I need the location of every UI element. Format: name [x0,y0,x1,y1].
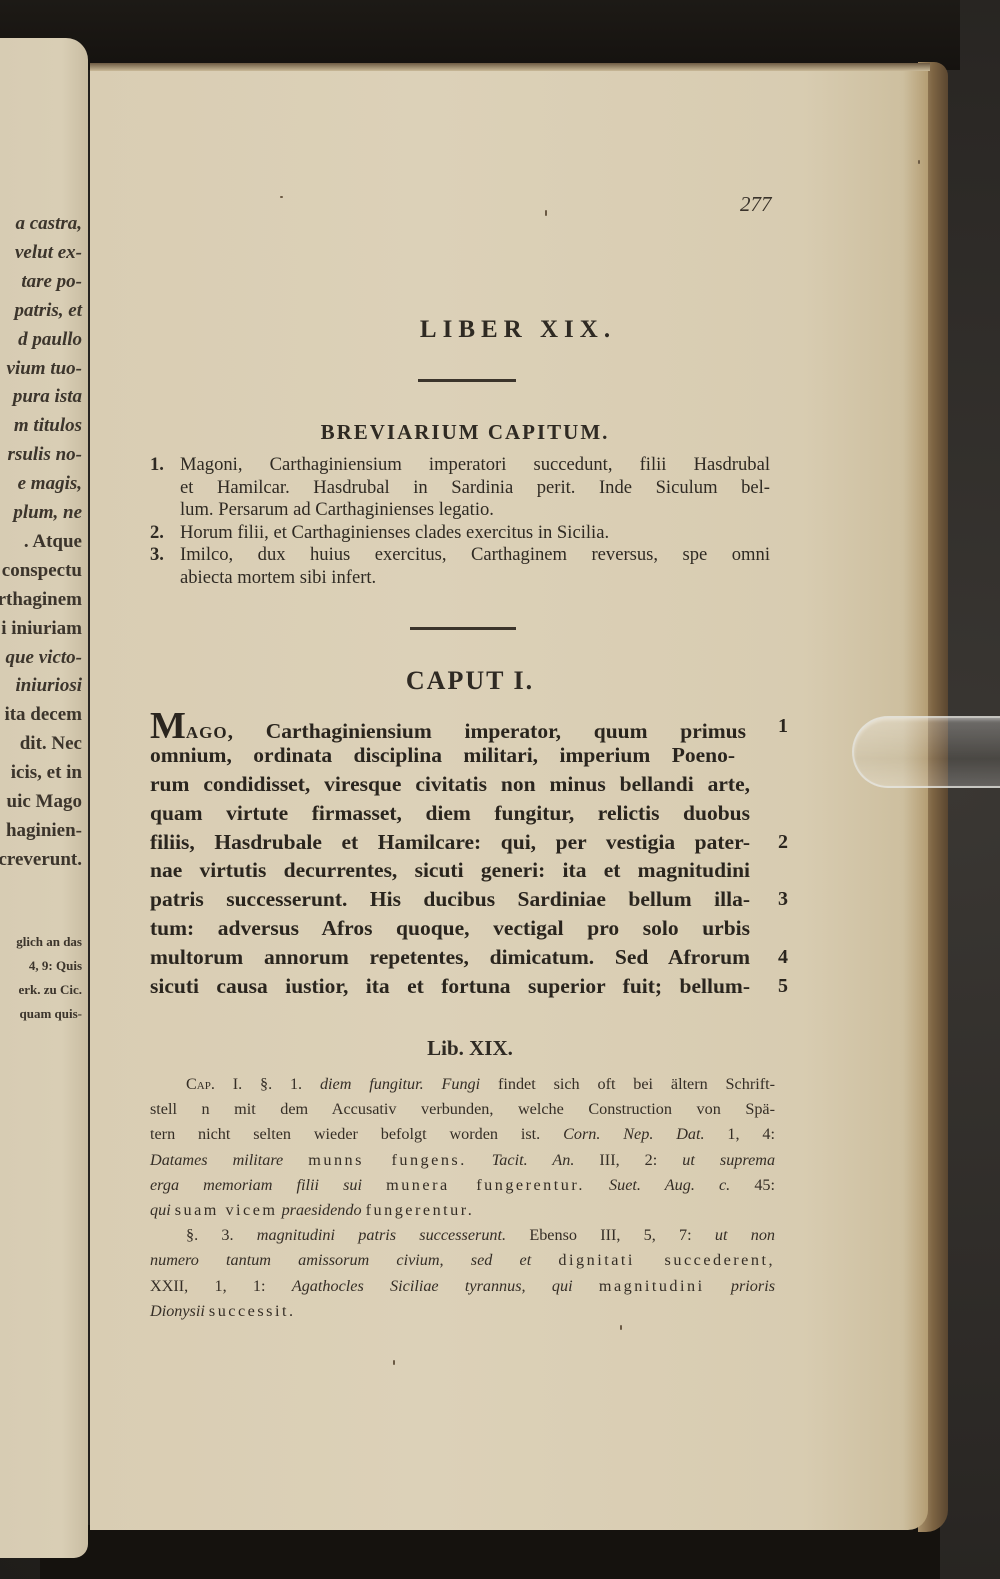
body-line: omnium, ordinata disciplina militari, im… [150,741,735,770]
note-text: III, 2: [599,1151,657,1169]
left-page-note-line: erk. zu Cic. [18,982,82,998]
breviarium-line: lum. Persarum ad Carthaginienses legatio… [180,499,770,522]
note-quote: numero tantum amissorum civium, sed et [150,1251,531,1269]
note-quote: ut non [715,1226,775,1244]
note-citation: Tacit. An. [492,1151,575,1169]
note-spaced: suam vicem [175,1201,278,1219]
body-line-text: sicuti causa iustior, ita et fortuna sup… [150,974,750,998]
breviarium-line: Magoni, Carthaginiensium imperatori succ… [180,454,770,477]
margin-section-number: 5 [778,972,788,1001]
margin-section-number: 2 [778,828,788,857]
body-line: patris successerunt. His ducibus Sardini… [150,885,750,914]
left-page-line: creverunt. [0,849,82,871]
body-line: nae virtutis decurrentes, sicuti generi:… [150,856,750,885]
paper-speck [918,160,920,164]
book-shadow-top [0,0,960,70]
note-spaced: munns fungens. [308,1151,467,1169]
note-text: 45: [754,1176,775,1194]
note-spaced: successit. [209,1302,296,1320]
margin-section-number: 4 [778,943,788,972]
left-page-note-line: glich an das [16,934,82,950]
paper-speck [393,1360,395,1365]
note-quote: Agathocles Siciliae tyrannus, qui [292,1277,573,1295]
left-page-line: . Atque [24,531,82,553]
note-quote: praesidendo [282,1201,362,1219]
title-rule [418,379,516,382]
note-spaced: dignitati succederent, [558,1251,775,1269]
page-clip-bookmark [852,716,1000,788]
note-line: stell n mit dem Accusativ verbunden, wel… [150,1097,775,1122]
left-page-line: conspectu [2,560,82,582]
note-text: Ebenso III, 5, 7: [529,1226,691,1244]
left-page-line: iniuriosi [15,675,82,697]
left-page-line: velut ex- [15,242,82,264]
note-citation: Corn. Nep. Dat. [563,1125,705,1143]
body-line: sicuti causa iustior, ita et fortuna sup… [150,972,750,1001]
item-number: 1. [150,454,164,477]
note-line: numero tantum amissorum civium, sed et d… [150,1248,775,1273]
left-page-line: a castra, [16,213,83,235]
note-line: §. 3. magnitudini patris successerunt. E… [150,1223,775,1248]
left-page: a castra,velut ex-tare po-patris, etd pa… [0,38,88,1558]
body-line: filiis, Hasdrubale et Hamilcare: qui, pe… [150,828,750,857]
body-line: rum condidisset, viresque civitatis non … [150,770,750,799]
paper-speck [280,196,283,198]
body-line: quam virtute firmasset, diem fungitur, r… [150,799,750,828]
left-page-line: tare po- [21,271,82,293]
note-line: erga memoriam filii sui munera fungerent… [150,1173,775,1198]
note-line: tern nicht selten wieder befolgt worden … [150,1122,775,1147]
body-line: multorum annorum repetentes, dimicatum. … [150,943,750,972]
left-page-line: plum, ne [13,502,82,524]
body-line-text: multorum annorum repetentes, dimicatum. … [150,945,750,969]
breviarium-line: et Hamilcar. Hasdrubal in Sardinia perit… [180,477,770,500]
left-page-note-line: 4, 9: Quis [29,958,82,974]
chapter-body: MAGO, Carthaginiensium imperator, quum p… [150,712,768,1001]
breviarium-line: Horum filii, et Carthaginienses clades e… [180,522,770,545]
note-quote: erga memoriam filii sui [150,1176,362,1194]
breviarium-list: 1. Magoni, Carthaginiensium imperatori s… [150,454,770,589]
left-page-line: i iniuriam [1,618,82,640]
note-spaced: fungerentur. [366,1201,475,1219]
note-citation: Suet. Aug. c. [609,1176,730,1194]
note-quote: Datames militare [150,1151,283,1169]
note-text: tern nicht selten wieder befolgt worden … [150,1125,540,1143]
note-text: 1, 4: [727,1125,775,1143]
note-quote: Dionysii [150,1302,205,1320]
first-word: AGO [186,723,228,742]
note-text: XXII, 1, 1: [150,1277,266,1295]
note-quote: prioris [731,1277,775,1295]
note-quote: ut suprema [682,1151,775,1169]
note-line: Cap. I. §. 1. diem fungitur. Fungi finde… [150,1072,775,1097]
breviarium-heading: BREVIARIUM CAPITUM. [300,420,630,445]
left-page-line: que victo- [5,647,82,669]
note-ref: Cap. I. §. 1. [186,1075,302,1093]
body-line-text: patris successerunt. His ducibus Sardini… [150,887,750,911]
note-lemma: magnitudini patris successerunt. [257,1226,506,1244]
breviarium-item: 3. Imilco, dux huius exercitus, Carthagi… [150,544,770,589]
breviarium-line: abiecta mortem sibi infert. [180,567,770,590]
item-number: 3. [150,544,164,567]
book-title: LIBER XIX. [0,316,1000,344]
left-page-line: pura ista [13,386,82,408]
left-page-line: icis, et in [11,762,82,784]
left-page-line: dit. Nec [20,733,82,755]
left-page-line: e magis, [18,473,82,495]
note-line: Datames militare munns fungens. Tacit. A… [150,1148,775,1173]
note-line: XXII, 1, 1: Agathocles Siciliae tyrannus… [150,1274,775,1299]
left-page-line: rsulis no- [8,444,82,466]
body-line-text: filiis, Hasdrubale et Hamilcare: qui, pe… [150,830,750,854]
page-number: 277 [740,192,772,217]
note-quote: qui [150,1201,171,1219]
note-spaced: munera fungerentur. [386,1176,585,1194]
book-shadow-bottom [40,1525,940,1579]
item-number: 2. [150,522,164,545]
left-page-line: vium tuo- [7,358,82,380]
left-page-note-line: quam quis- [20,1006,83,1022]
margin-section-number: 1 [778,712,788,741]
note-line: Dionysii successit. [150,1299,775,1324]
page-top-edge [90,63,930,71]
paper-speck [545,210,547,216]
note-line: qui suam vicem praesidendo fungerentur. [150,1198,775,1223]
body-line: tum: adversus Afros quoque, vectigal pro… [150,914,750,943]
note-text: findet sich oft bei ältern Schrift- [498,1075,775,1093]
body-line-text: , Carthaginiensium imperator, quum primu… [228,719,746,743]
note-ref: §. 3. [186,1226,234,1244]
left-page-line: ita decem [4,704,82,726]
breviarium-item: 2. Horum filii, et Carthaginienses clade… [150,522,770,545]
left-page-line: m titulos [14,415,82,437]
note-lemma: diem fungitur. [320,1075,424,1093]
notes-heading: Lib. XIX. [400,1036,540,1061]
left-page-line: haginien- [6,820,82,842]
margin-section-number: 3 [778,885,788,914]
paper-speck [620,1325,622,1330]
left-page-line: uic Mago [7,791,82,813]
left-page-line: rthaginem [0,589,82,611]
section-rule [410,627,516,630]
breviarium-line: Imilco, dux huius exercitus, Carthaginem… [180,544,770,567]
note-text: Fungi [441,1075,480,1093]
breviarium-item: 1. Magoni, Carthaginiensium imperatori s… [150,454,770,522]
body-line: MAGO, Carthaginiensium imperator, quum p… [150,712,768,741]
note-spaced: magnitudini [599,1277,705,1295]
chapter-title: CAPUT I. [340,666,600,696]
footnotes: Cap. I. §. 1. diem fungitur. Fungi finde… [150,1072,775,1324]
